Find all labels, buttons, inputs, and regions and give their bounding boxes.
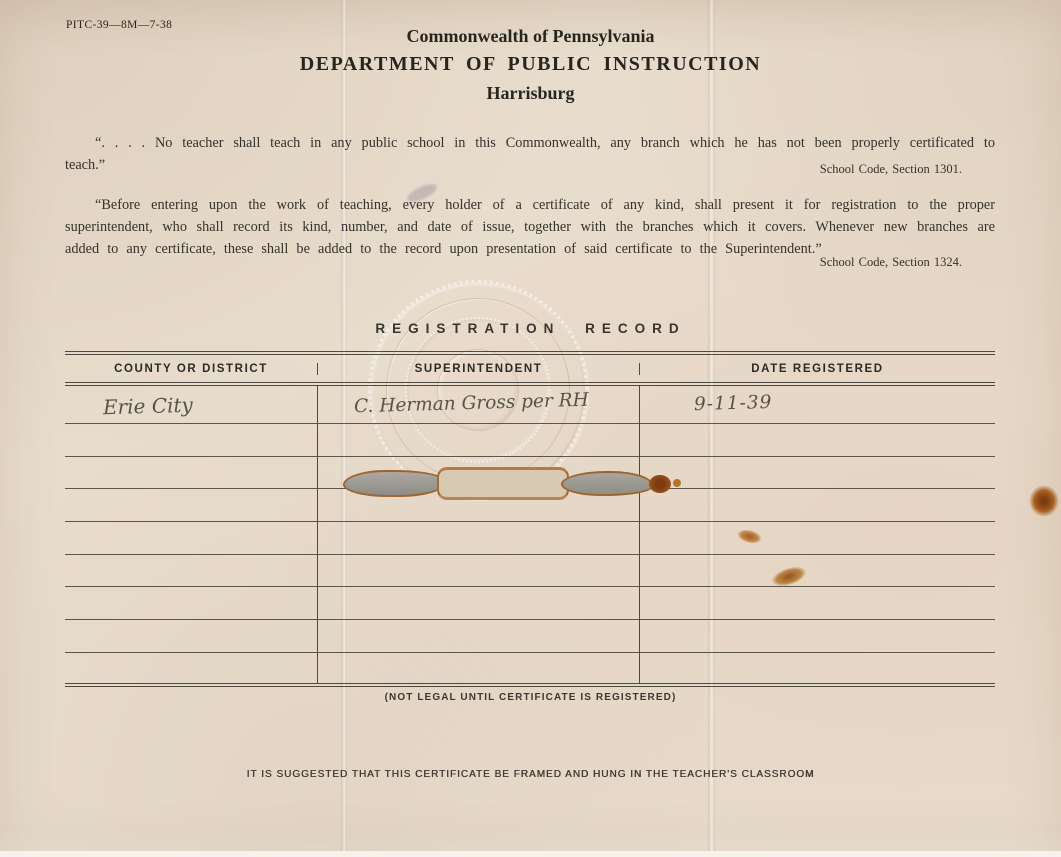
header-commonwealth: Commonwealth of Pennsylvania [0,26,1061,47]
table-row [65,620,995,653]
handwritten-county-entry: Erie City [103,393,193,419]
scanner-edge [0,851,1061,857]
table-row [65,457,995,490]
handwritten-date-entry: 9-11-39 [694,392,773,415]
section-title: REGISTRATION RECORD [0,321,1061,336]
rust-spot [1029,485,1059,517]
quote-1301-citation: School Code, Section 1301. [820,158,962,180]
column-header-date: DATE REGISTERED [640,363,995,375]
document-page: PITC-39—8M—7-38 Commonwealth of Pennsylv… [0,0,1061,857]
quote-section-1301: “. . . . No teacher shall teach in any p… [65,132,995,176]
registration-table: COUNTY OR DISTRICT SUPERINTENDENT DATE R… [65,351,995,687]
header-city: Harrisburg [0,83,1061,104]
table-row [65,424,995,457]
column-header-superintendent: SUPERINTENDENT [318,363,640,375]
table-row [65,587,995,620]
table-bottom-rule [65,683,995,687]
handwritten-superintendent-entry: C. Herman Gross per RH [354,390,589,418]
column-header-county: COUNTY OR DISTRICT [65,363,318,375]
cell-superintendent: C. Herman Gross per RH [318,386,640,424]
quote-section-1324: “Before entering upon the work of teachi… [65,194,995,260]
cell-date: 9-11-39 [640,386,995,424]
quote-1324-citation: School Code, Section 1324. [820,251,962,273]
table-header-row: COUNTY OR DISTRICT SUPERINTENDENT DATE R… [65,355,995,382]
table-row [65,555,995,588]
header-department: DEPARTMENT OF PUBLIC INSTRUCTION [0,53,1061,76]
table-row: Erie City C. Herman Gross per RH 9-11-39 [65,386,995,424]
table-row [65,489,995,522]
framing-suggestion-note: IT IS SUGGESTED THAT THIS CERTIFICATE BE… [0,769,1061,780]
table-row [65,522,995,555]
document-header: Commonwealth of Pennsylvania DEPARTMENT … [0,26,1061,104]
quote-1324-text: “Before entering upon the work of teachi… [65,197,995,257]
legal-note: (NOT LEGAL UNTIL CERTIFICATE IS REGISTER… [0,692,1061,703]
table-row [65,653,995,683]
cell-county: Erie City [65,386,318,424]
